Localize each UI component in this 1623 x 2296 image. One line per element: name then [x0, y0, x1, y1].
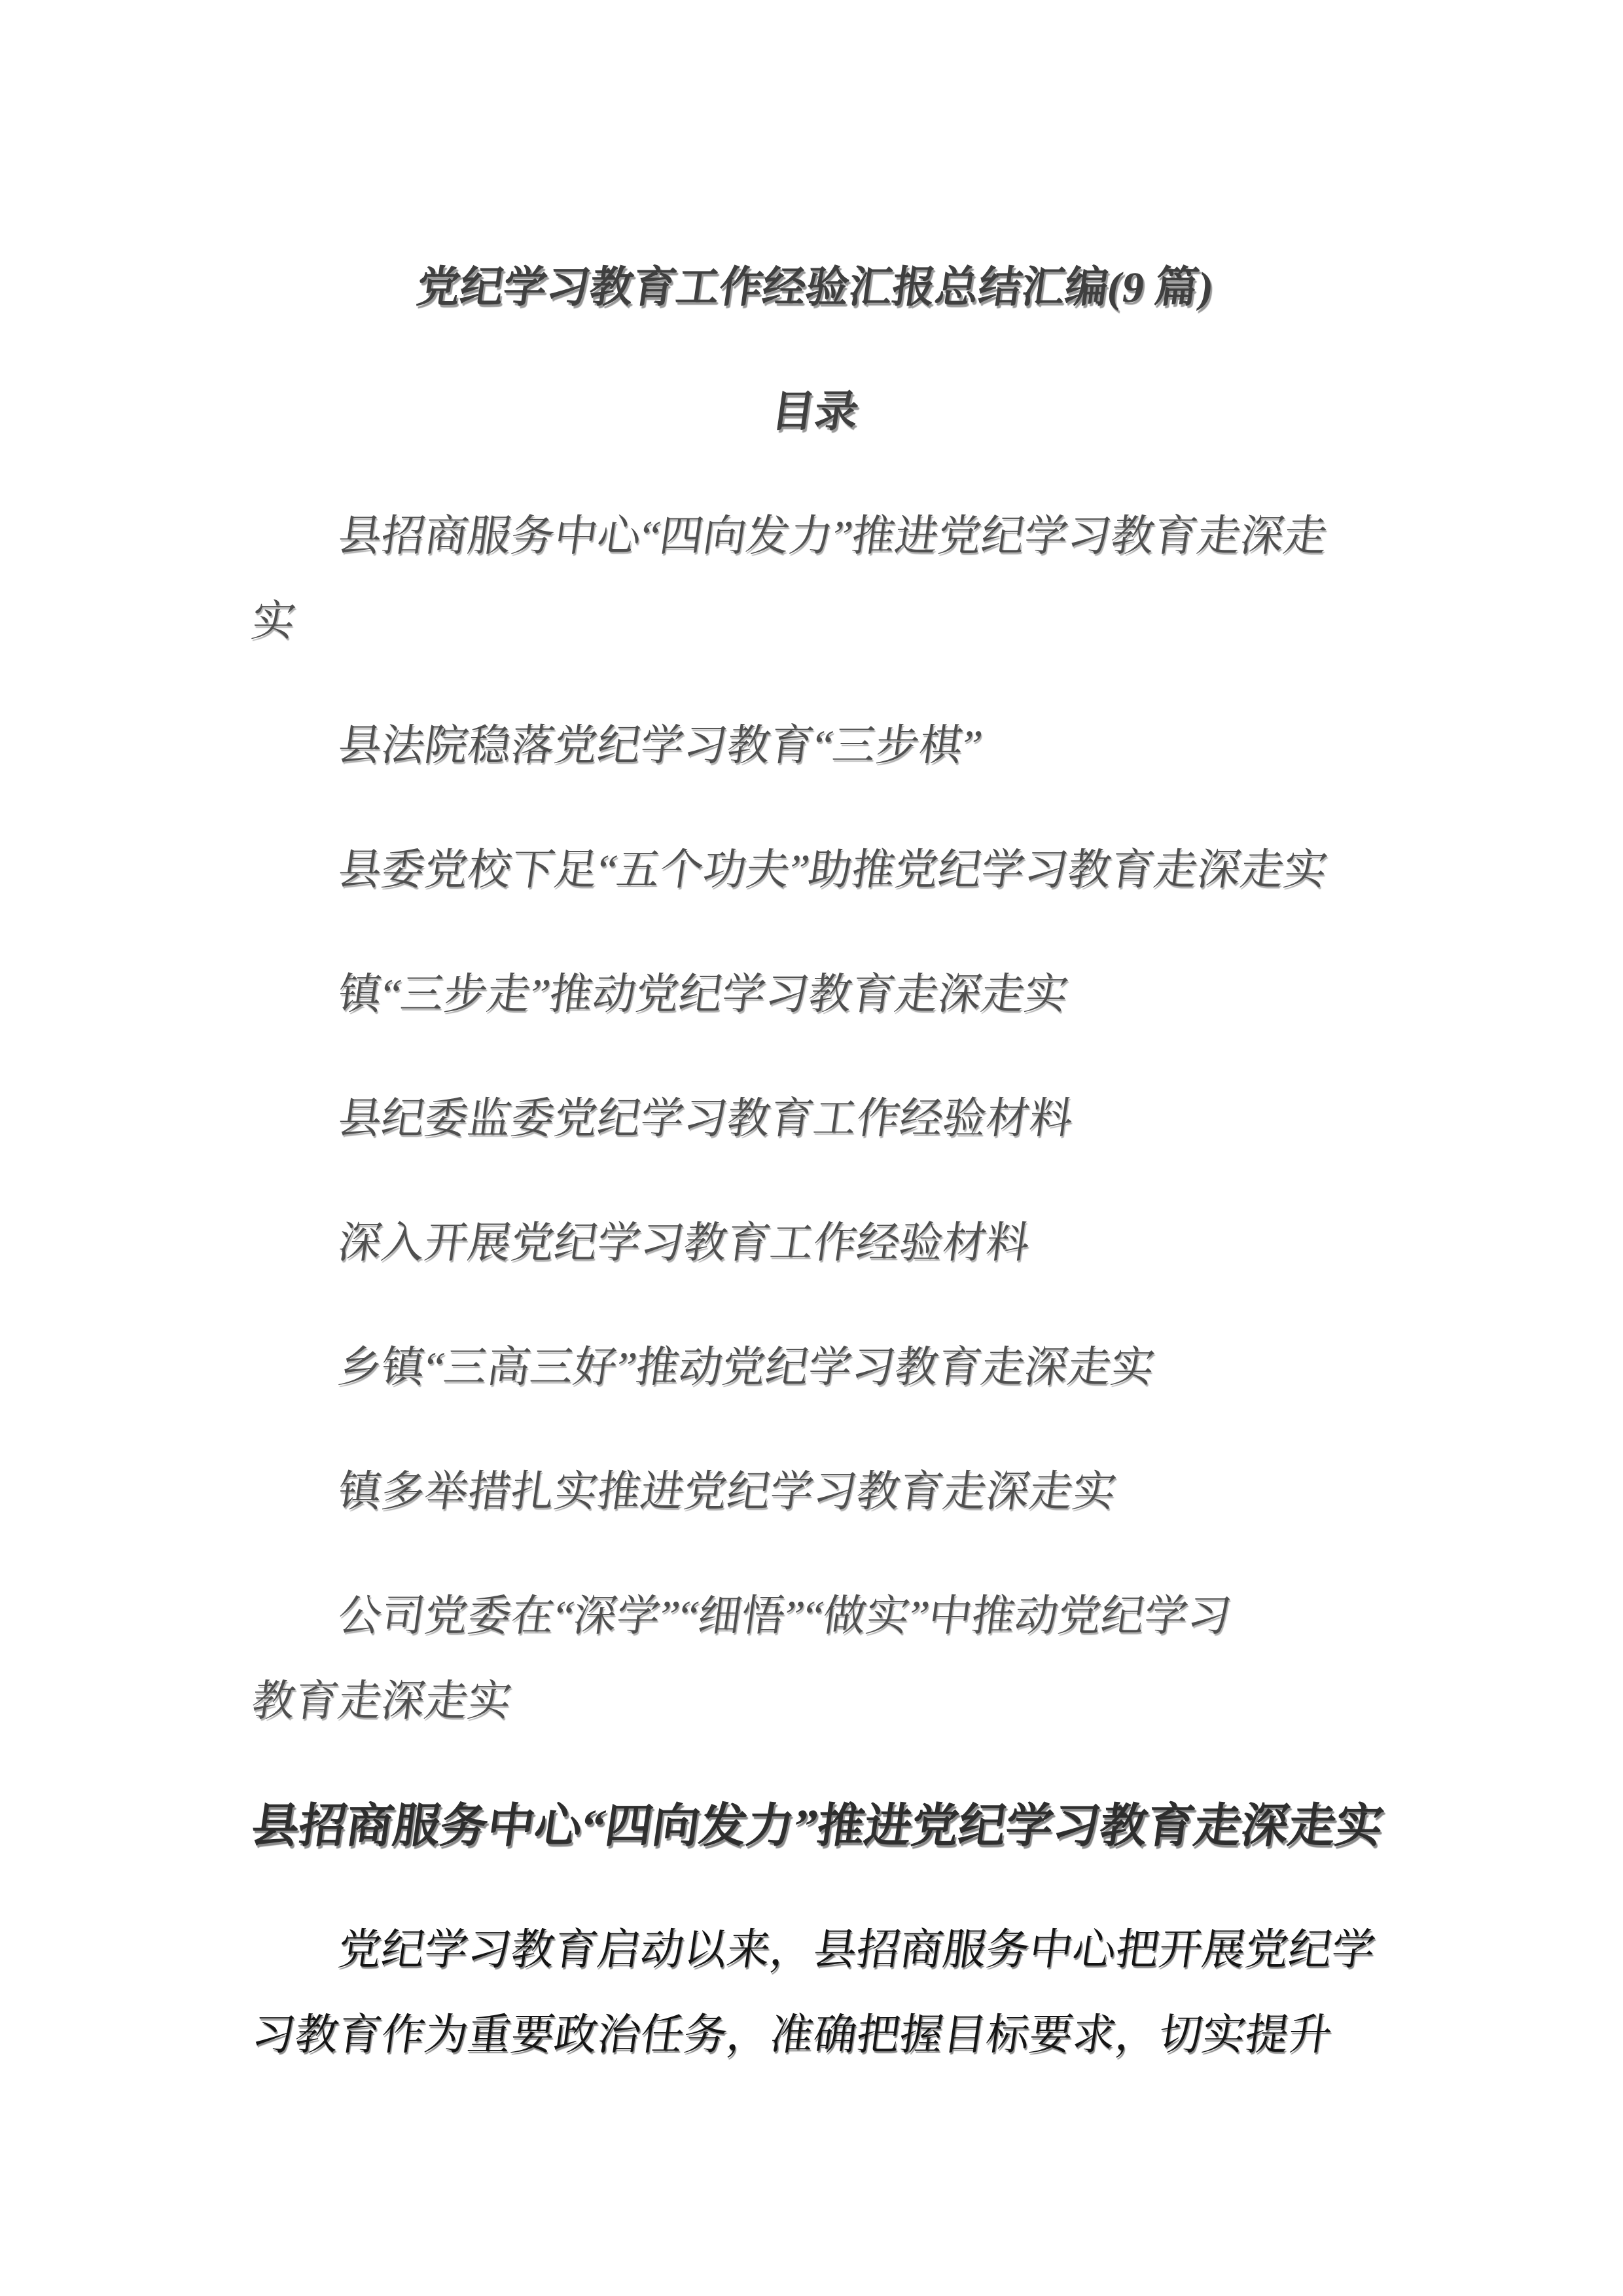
toc-item-5: 县纪委监委党纪学习教育工作经验材料: [249, 1077, 1374, 1162]
section-heading: 县招商服务中心“四向发力”推进党纪学习教育走深走实: [246, 1784, 1383, 1869]
toc-item-8: 镇多举措扎实推进党纪学习教育走深走实: [249, 1450, 1374, 1535]
toc-item-4-line-1: 镇“三步走”推动党纪学习教育走深走实: [246, 952, 1383, 1037]
body-line-2: 习教育作为重要政治任务，准确把握目标要求，切实提升: [246, 1993, 1383, 2078]
body-paragraph: 党纪学习教育启动以来，县招商服务中心把开展党纪学 习教育作为重要政治任务，准确把…: [249, 1908, 1374, 2078]
toc-item-7: 乡镇“三高三好”推动党纪学习教育走深走实: [249, 1325, 1374, 1410]
toc-item-5-line-1: 县纪委监委党纪学习教育工作经验材料: [246, 1077, 1383, 1162]
toc-item-9-line-2: 教育走深走实: [246, 1659, 1383, 1744]
toc-item-2-line-1: 县法院稳落党纪学习教育“三步棋”: [246, 704, 1383, 789]
toc-item-9-line-1: 公司党委在“深学”“细悟”“做实”中推动党纪学习: [246, 1574, 1383, 1659]
document-page: 党纪学习教育工作经验汇报总结汇编(9 篇) 目录 县招商服务中心“四向发力”推进…: [0, 0, 1623, 2296]
body-line-1: 党纪学习教育启动以来，县招商服务中心把开展党纪学: [246, 1908, 1383, 1993]
toc-item-3-line-1: 县委党校下足“五个功夫”助推党纪学习教育走深走实: [246, 828, 1383, 913]
toc-item-6-line-1: 深入开展党纪学习教育工作经验材料: [246, 1201, 1383, 1286]
toc-item-2: 县法院稳落党纪学习教育“三步棋”: [249, 704, 1374, 789]
toc-heading: 目录: [246, 370, 1383, 455]
toc-item-1-line-2: 实: [246, 579, 1383, 664]
toc-item-7-line-1: 乡镇“三高三好”推动党纪学习教育走深走实: [246, 1325, 1383, 1410]
toc-item-1: 县招商服务中心“四向发力”推进党纪学习教育走深走 实: [249, 494, 1374, 664]
document-title: 党纪学习教育工作经验汇报总结汇编(9 篇): [246, 245, 1383, 331]
toc-item-9: 公司党委在“深学”“细悟”“做实”中推动党纪学习 教育走深走实: [249, 1574, 1374, 1744]
toc-item-3: 县委党校下足“五个功夫”助推党纪学习教育走深走实: [249, 828, 1374, 913]
toc-item-8-line-1: 镇多举措扎实推进党纪学习教育走深走实: [246, 1450, 1383, 1535]
toc-item-6: 深入开展党纪学习教育工作经验材料: [249, 1201, 1374, 1286]
toc-item-1-line-1: 县招商服务中心“四向发力”推进党纪学习教育走深走: [246, 494, 1383, 579]
toc-item-4: 镇“三步走”推动党纪学习教育走深走实: [249, 952, 1374, 1037]
